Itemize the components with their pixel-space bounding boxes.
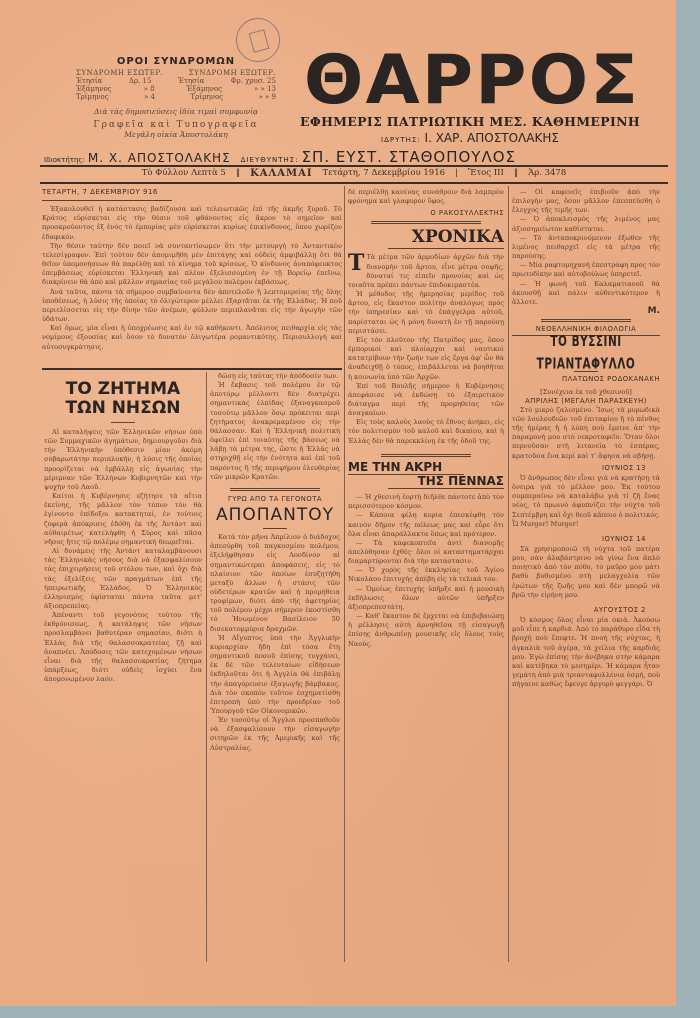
director-label: ΔΙΕΥΘΥΝΤΗΣ:	[241, 156, 299, 164]
chronicles-kicker: Ο ΡΑΚΟΣΥΛΛΕΚΤΗΣ	[348, 209, 504, 218]
ornament-divider	[371, 221, 481, 224]
literature-headline: ΤΟ ΒΥΣΣΙΝΙ ΤΡΙΑΝΤΑΦΥΛΛΟ	[512, 331, 660, 376]
price: Τὸ Φύλλον Λεπτὰ 5	[142, 168, 226, 179]
owner-label: Ιδιοκτήτης:	[44, 156, 85, 164]
literature-author: ΠΛΑΤΩΝΟΣ ΡΟΔΟΚΑΝΑΚΗ	[512, 375, 660, 384]
city: ΚΑΛΑΜΑΙ	[250, 168, 312, 179]
column-rule	[508, 186, 509, 962]
subscription-row: Ἑξάμηνος » 8 Ἑξάμηνος » » 13	[76, 85, 276, 93]
islands-headline-1: ΤΟ ΖΗΤΗΜΑ	[44, 380, 202, 399]
foreign-header: ΣΥΝΔΡΟΜΗ ΕΞΩΤΕΡ.	[189, 69, 276, 77]
masthead-title: ΘΑΡΡΟΣ	[266, 48, 678, 114]
ornament-divider	[541, 319, 631, 322]
pennas-headline-1: ΜΕ ΤΗΝ ΑΚΡΗ	[348, 463, 504, 472]
founder-line: ΙΔΡΥΤΗΣ: Ι. ΧΑΡ. ΑΠΟΣΤΟΛΑΚΗΣ	[270, 131, 670, 145]
pennas-headline-2: ΤΗΣ ΠΕΝΝΑΣ	[348, 477, 504, 486]
middle-column: δῶσῃ εἰς ταύτας τὴν ἀπόδοσίν των. Ἡ ἔκβα…	[210, 372, 340, 962]
issue-number: Ἀρ. 3478	[528, 168, 566, 179]
divider	[40, 165, 668, 167]
year: Ἔτος ΙΙΙ	[468, 168, 504, 179]
domestic-header: ΣΥΝΔΡΟΜΗ ΕΣΩΤΕΡ.	[76, 69, 163, 77]
column-rule	[344, 186, 345, 962]
subscription-terms: ΟΡΟΙ ΣΥΝΔΡΟΜΩΝ ΣΥΝΔΡΟΜΗ ΕΣΩΤΕΡ. ΣΥΝΔΡΟΜΗ…	[76, 56, 276, 139]
subscription-row: Τρίμηνος » 4 Τρίμηνος » » 9	[76, 93, 276, 101]
director-name: ΣΠ. ΕΥΣΤ. ΣΤΑΘΟΠΟΥΛΟΣ	[302, 148, 516, 166]
apopantou-headline: ΑΠΟΠΑΝΤΟΥ	[210, 504, 340, 526]
owner-name: Μ. Χ. ΑΠΟΣΤΟΛΑΚΗΣ	[88, 151, 231, 165]
literature-column: — Οἱ καφενεῖς ἐπιβιοῦν ἀπὸ τὴν ἐπιλογὴν …	[512, 188, 660, 962]
ornament-divider	[381, 454, 471, 457]
newspaper-page: ΟΡΟΙ ΣΥΝΔΡΟΜΩΝ ΣΥΝΔΡΟΜΗ ΕΣΩΤΕΡ. ΣΥΝΔΡΟΜΗ…	[0, 0, 676, 1006]
masthead-subtitle: ΕΦΗΜΕΡΙΣ ΠΑΤΡΙΩΤΙΚΗ ΜΕΣ. ΚΑΘΗΜΕΡΙΝΗ	[270, 114, 670, 129]
continued-note: [Συνέχεια ἐκ τοῦ χθεσινοῦ]	[512, 388, 660, 397]
islands-headline-2: ΤΩΝ ΝΗΣΩΝ	[44, 399, 202, 418]
chronicles-headline: ΧΡΟΝΙΚΑ	[348, 227, 504, 247]
subscription-row: Ἐτησία Δρ. 15 Ἐτησία Φρ. χρυσ. 25	[76, 77, 276, 85]
divider	[42, 368, 342, 370]
divider	[40, 182, 668, 184]
islands-article: ΤΟ ΖΗΤΗΜΑ ΤΩΝ ΝΗΣΩΝ Αἱ καταλήψεις τῶν Ἑλ…	[44, 372, 202, 962]
signature: Μ.	[512, 307, 660, 316]
subscription-title: ΟΡΟΙ ΣΥΝΔΡΟΜΩΝ	[76, 56, 276, 67]
ads-note: Διὰ τὰς δημοσιεύσεις ἰδία τιμαὶ συμφωνίᾳ	[76, 107, 276, 116]
editors-line: Ιδιοκτήτης: Μ. Χ. ΑΠΟΣΤΟΛΑΚΗΣ ΔΙΕΥΘΥΝΤΗΣ…	[44, 148, 674, 166]
apopantou-kicker: ΓΥΡΩ ΑΠΟ ΤΑ ΓΕΓΟΝΟΤΑ	[210, 495, 340, 504]
column-rule	[206, 372, 207, 962]
lead-article: ΤΕΤΑΡΤΗ, 7 ΔΕΚΕΜΒΡΙΟΥ 916 Ἐξακολουθεῖ ἡ …	[42, 188, 342, 366]
issue-date: Τετάρτη, 7 Δεκεμβρίου 1916	[323, 168, 445, 179]
chronicles-column: δὲ περιέλθῃ κανένας συνάθροιν διὰ λαμπρὸ…	[348, 188, 504, 962]
lead-date-head: ΤΕΤΑΡΤΗ, 7 ΔΕΚΕΜΒΡΙΟΥ 916	[42, 188, 342, 197]
office-address: Μεγάλη οἰκία Ἀποστολάκη	[76, 130, 276, 139]
ornament-divider	[230, 488, 320, 491]
office-label: Γραφεῖα καὶ Τυπογραφεῖα	[76, 120, 276, 130]
dateline: Τὸ Φύλλον Λεπτὰ 5‖ ΚΑΛΑΜΑΙ Τετάρτη, 7 Δε…	[40, 168, 668, 179]
